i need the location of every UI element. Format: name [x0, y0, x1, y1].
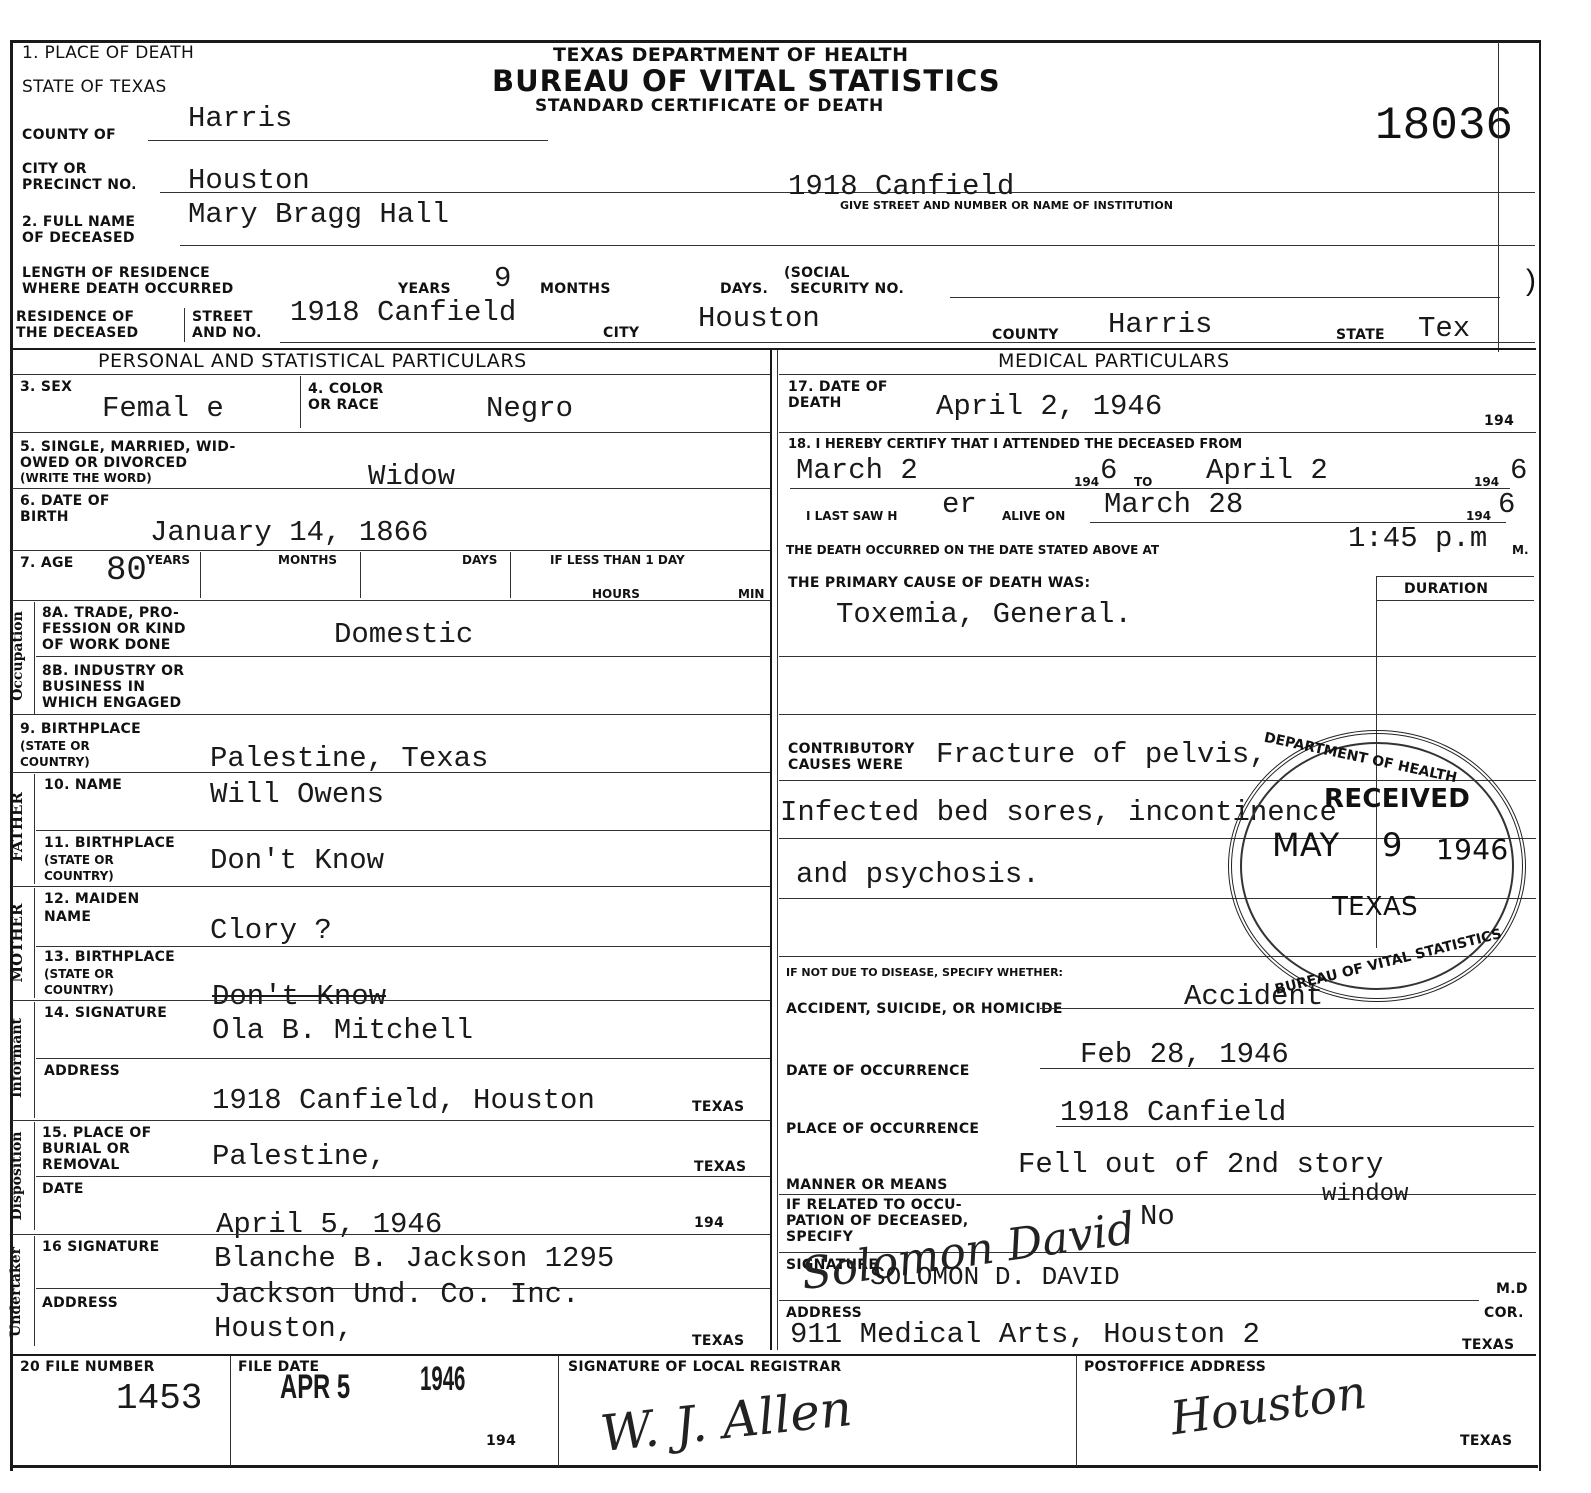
occ-related-label-2: PATION OF DECEASED, [786, 1214, 968, 1229]
industry-label-1: 8B. INDUSTRY OR [42, 664, 184, 679]
death-street-value: 1918 Canfield [788, 172, 1014, 202]
residence-city-label: CITY [603, 326, 639, 341]
trade-value: Domestic [334, 620, 473, 650]
right-rule-3 [779, 714, 1536, 715]
dob-value: January 14, 1866 [150, 518, 428, 548]
left-rule-11 [36, 946, 770, 947]
age-days-label: DAYS [462, 554, 497, 567]
left-rule-9 [36, 830, 770, 831]
informant-side-label: Informant [9, 1011, 25, 1105]
primary-cause-value: Toxemia, General. [836, 600, 1132, 630]
birthplace-label-2: (STATE OR [20, 740, 90, 753]
full-name-label-1: 2. FULL NAME [22, 215, 135, 230]
birthplace-label-1: 9. BIRTHPLACE [20, 722, 141, 737]
bureau-title: BUREAU OF VITAL STATISTICS [492, 64, 1001, 98]
mother-side-label: MOTHER [8, 898, 26, 988]
street-label-2: AND NO. [192, 326, 262, 341]
dod-year-suffix: 194 [1484, 414, 1514, 429]
mother-name-label-1: 12. MAIDEN [44, 892, 140, 907]
father-bp-label-3: COUNTRY) [44, 870, 114, 883]
residence-state-label: STATE [1336, 328, 1385, 343]
ssn-underline [950, 297, 1500, 298]
left-rule-15 [36, 1176, 770, 1177]
dod-label-1: 17. DATE OF [788, 380, 888, 395]
postoffice-label: POSTOFFICE ADDRESS [1084, 1360, 1266, 1375]
occurrence-date-label: DATE OF OCCURRENCE [786, 1064, 970, 1079]
side-label-divider-father [34, 774, 35, 884]
left-rule-8 [12, 772, 770, 773]
residence-county-value: Harris [1108, 310, 1212, 340]
duration-under [1376, 600, 1534, 601]
file-number-label: 20 FILE NUMBER [20, 1360, 155, 1375]
less-than-day-label: IF LESS THAN 1 DAY [550, 554, 685, 567]
dod-label-2: DEATH [788, 396, 842, 411]
undertaker-name-value: Blanche B. Jackson 1295 [214, 1244, 614, 1274]
undertaker-texas-label: TEXAS [692, 1334, 744, 1349]
occurrence-date-value: Feb 28, 1946 [1080, 1040, 1289, 1070]
father-bp-label-1: 11. BIRTHPLACE [44, 836, 175, 851]
file-date-194: 194 [486, 1434, 516, 1449]
place-of-death-label: 1. PLACE OF DEATH [22, 46, 194, 61]
contributory-1-value: Fracture of pelvis, [936, 740, 1267, 770]
dob-label-1: 6. DATE OF [20, 494, 110, 509]
burial-year-suffix: 194 [694, 1216, 724, 1231]
burial-texas-label: TEXAS [694, 1160, 746, 1175]
undertaker-sig-label: 16 SIGNATURE [42, 1240, 159, 1255]
county-label: COUNTY OF [22, 128, 116, 143]
occ-related-value: No [1140, 1202, 1175, 1232]
mother-bp-label-1: 13. BIRTHPLACE [44, 950, 175, 965]
age-years-label: YEARS [146, 554, 190, 567]
bottom-border [10, 1465, 1538, 1468]
contributory-label-1: CONTRIBUTORY [788, 742, 915, 757]
attended-from-value: March 2 [796, 456, 918, 486]
physician-texas-label: TEXAS [1462, 1338, 1514, 1353]
means-2-value: window [1322, 1180, 1408, 1210]
from-year-value: 6 [1100, 456, 1117, 486]
father-bp-label-2: (STATE OR [44, 854, 114, 867]
full-name-value: Mary Bragg Hall [188, 200, 449, 230]
burial-date-label: DATE [42, 1182, 84, 1197]
dob-label-2: BIRTH [20, 510, 69, 525]
contributory-3-value: and psychosis. [796, 860, 1040, 890]
filing-div-3 [1076, 1356, 1077, 1466]
residence-county-label: COUNTY [992, 328, 1059, 343]
industry-label-2: BUSINESS IN [42, 680, 145, 695]
informant-address-value: 1918 Canfield, Houston [212, 1086, 595, 1116]
ssn-label-1: (SOCIAL [784, 266, 850, 281]
burial-label-3: REMOVAL [42, 1158, 120, 1173]
residence-state-value: Tex [1418, 314, 1470, 344]
mother-bp-label-3: COUNTRY) [44, 984, 114, 997]
age-months-label: MONTHS [278, 554, 337, 567]
undertaker-side-label: Undertaker [8, 1242, 24, 1342]
race-label-2: OR RACE [308, 398, 379, 413]
trade-label-1: 8A. TRADE, PRO- [42, 606, 179, 621]
time-label: THE DEATH OCCURRED ON THE DATE STATED AB… [786, 544, 1159, 557]
undertaker-addr-label: ADDRESS [42, 1296, 118, 1311]
ssn-close-paren: ) [1526, 264, 1536, 298]
time-of-death-value: 1:45 p.m [1348, 524, 1487, 554]
stamp-inner-ring [1240, 742, 1514, 990]
right-rule-1 [779, 432, 1536, 433]
certify-label: 18. I HEREBY CERTIFY THAT I ATTENDED THE… [788, 438, 1242, 451]
right-rule-2 [779, 656, 1536, 657]
last-saw-year-value: 6 [1498, 490, 1515, 520]
months-label: MONTHS [540, 282, 611, 297]
attended-to-value: April 2 [1206, 456, 1328, 486]
left-rule-12 [12, 1000, 770, 1001]
residence-label-2: THE DECEASED [16, 326, 138, 341]
column-divider [770, 350, 772, 1350]
occurrence-place-value: 1918 Canfield [1060, 1098, 1286, 1128]
left-rule-16 [12, 1234, 770, 1235]
contributory-label-2: CAUSES WERE [788, 758, 903, 773]
stamp-year: 1946 [1436, 842, 1508, 857]
age-div-3 [510, 552, 511, 598]
mother-bp-label-2: (STATE OR [44, 968, 114, 981]
months-value: 9 [494, 264, 511, 294]
right-rule-9 [1040, 1068, 1534, 1069]
birthplace-label-3: COUNTRY) [20, 756, 90, 769]
left-rule-14 [12, 1120, 770, 1121]
state-label: STATE OF TEXAS [22, 80, 167, 95]
md-label: M.D [1496, 1282, 1528, 1297]
right-rule-10 [1056, 1126, 1534, 1127]
burial-label-2: BURIAL OR [42, 1142, 130, 1157]
age-years-value: 80 [106, 556, 147, 586]
race-label-1: 4. COLOR [308, 382, 384, 397]
full-name-label-2: OF DECEASED [22, 231, 135, 246]
occ-related-label-1: IF RELATED TO OCCU- [786, 1198, 962, 1213]
not-disease-label: IF NOT DUE TO DISEASE, SPECIFY WHETHER: [786, 966, 1063, 979]
received-stamp: RECEIVED MAY 9 1946 TEXAS BUREAU OF VITA… [1228, 730, 1526, 1002]
left-rule-5 [12, 600, 770, 601]
left-rule-3 [12, 488, 770, 489]
last-saw-label-2: ALIVE ON [1002, 510, 1065, 523]
department-title: TEXAS DEPARTMENT OF HEALTH [553, 44, 908, 66]
cor-label: COR. [1484, 1306, 1524, 1321]
file-date-value: APR 5 [280, 1372, 350, 1402]
left-rule-13 [36, 1058, 770, 1059]
mother-name-label-2: NAME [44, 910, 91, 925]
personal-section-title: PERSONAL AND STATISTICAL PARTICULARS [98, 350, 527, 372]
means-1-value: Fell out of 2nd story [1018, 1150, 1383, 1180]
informant-texas-label: TEXAS [692, 1100, 744, 1115]
mother-birthplace-value: Don't Know [212, 982, 386, 1012]
left-rule-6 [36, 656, 770, 657]
marital-label-2: OWED OR DIVORCED [20, 456, 187, 471]
trade-label-2: FESSION OR KIND [42, 622, 186, 637]
name-underline [180, 245, 1535, 246]
postoffice-texas-label: TEXAS [1460, 1434, 1512, 1449]
right-rule-0 [779, 374, 1536, 375]
father-side-label: FATHER [8, 782, 26, 872]
file-year-value: 1946 [420, 1364, 465, 1394]
stamp-month: MAY [1272, 838, 1339, 853]
right-rule-8 [1040, 1008, 1534, 1009]
city-label-2: PRECINCT NO. [22, 178, 137, 193]
left-rule-1 [12, 374, 770, 375]
last-saw-label-1: I LAST SAW H [806, 510, 897, 523]
left-rule-4 [12, 550, 770, 551]
right-rule-11 [779, 1194, 1536, 1195]
residence-length-label-2: WHERE DEATH OCCURRED [22, 282, 234, 297]
side-label-divider-occ [34, 602, 35, 714]
last-saw-pronoun: er [942, 490, 977, 520]
side-label-divider-mother [34, 888, 35, 998]
age-div-2 [360, 552, 361, 598]
side-label-divider-und [34, 1236, 35, 1346]
trade-label-3: OF WORK DONE [42, 638, 171, 653]
informant-sig-label: 14. SIGNATURE [44, 1006, 167, 1021]
manner-type-label: ACCIDENT, SUICIDE, OR HOMICIDE [786, 1002, 1063, 1017]
industry-label-3: WHICH ENGAGED [42, 696, 181, 711]
burial-place-value: Palestine, [212, 1142, 386, 1172]
registrar-label: SIGNATURE OF LOCAL REGISTRAR [568, 1360, 841, 1375]
certificate-number: 18036 [1375, 100, 1513, 152]
father-birthplace-value: Don't Know [210, 846, 384, 876]
means-label: MANNER OR MEANS [786, 1178, 948, 1193]
age-label: 7. AGE [20, 556, 74, 571]
street-label-1: STREET [192, 310, 253, 325]
physician-name-value: SOLOMON D. DAVID [870, 1262, 1120, 1292]
stamp-received: RECEIVED [1324, 792, 1470, 807]
right-margin-rule [1498, 42, 1499, 352]
side-label-divider-disp [34, 1122, 35, 1230]
dod-value: April 2, 1946 [936, 392, 1162, 422]
burial-label-1: 15. PLACE OF [42, 1126, 151, 1141]
county-value: Harris [188, 104, 292, 134]
residence-city-value: Houston [698, 304, 820, 334]
medical-section-title: MEDICAL PARTICULARS [998, 350, 1230, 372]
duration-label: DURATION [1404, 582, 1488, 597]
mother-name-value: Clory ? [210, 916, 332, 946]
stamp-day: 9 [1382, 838, 1403, 853]
left-rule-2 [12, 432, 770, 433]
informant-addr-label: ADDRESS [44, 1064, 120, 1079]
undertaker-city-value: Houston, [214, 1314, 353, 1344]
form-title: STANDARD CERTIFICATE OF DEATH [535, 96, 884, 116]
residence-street-value: 1918 Canfield [290, 298, 516, 328]
father-name-label: 10. NAME [44, 778, 122, 793]
burial-date-value: April 5, 1946 [216, 1210, 442, 1240]
marital-label-1: 5. SINGLE, MARRIED, WID- [20, 440, 236, 455]
occupation-side-label: Occupation [10, 606, 26, 706]
primary-cause-label: THE PRIMARY CAUSE OF DEATH WAS: [788, 576, 1090, 591]
duration-top [1376, 576, 1534, 577]
right-rule-13 [779, 1300, 1479, 1301]
column-divider-2 [777, 350, 778, 1350]
left-rule-7 [12, 714, 770, 715]
birthplace-value: Palestine, Texas [210, 744, 488, 774]
time-suffix: M. [1512, 544, 1529, 557]
left-rule-10 [12, 886, 770, 887]
residence-length-label-1: LENGTH OF RESIDENCE [22, 266, 210, 281]
informant-name-value: Ola B. Mitchell [212, 1016, 473, 1046]
undertaker-company-value: Jackson Und. Co. Inc. [214, 1280, 579, 1310]
filing-top-rule [12, 1354, 1536, 1356]
physician-address-value: 911 Medical Arts, Houston 2 [790, 1320, 1260, 1350]
days-label: DAYS. [720, 282, 768, 297]
residence-divider [184, 308, 185, 342]
age-div-1 [200, 552, 201, 598]
residence-underline [280, 342, 1535, 343]
ssn-label-2: SECURITY NO. [790, 282, 904, 297]
years-label: YEARS [398, 282, 451, 297]
marital-label-3: (WRITE THE WORD) [20, 472, 152, 485]
filing-div-2 [558, 1356, 559, 1466]
file-number-value: 1453 [116, 1384, 202, 1414]
filing-div-1 [230, 1356, 231, 1466]
side-label-divider-informant [34, 1002, 35, 1118]
occurrence-place-label: PLACE OF OCCURRENCE [786, 1122, 979, 1137]
last-saw-date-value: March 28 [1104, 490, 1243, 520]
father-name-value: Will Owens [210, 780, 384, 810]
street-hint-label: GIVE STREET AND NUMBER OR NAME OF INSTIT… [840, 199, 1173, 212]
stamp-state: TEXAS [1332, 900, 1418, 915]
sex-label: 3. SEX [20, 380, 72, 395]
residence-label-1: RESIDENCE OF [16, 310, 134, 325]
to-year-value: 6 [1510, 456, 1527, 486]
sex-race-divider [300, 376, 301, 428]
county-underline [148, 140, 548, 141]
race-value: Negro [486, 394, 573, 424]
city-label-1: CITY OR [22, 162, 87, 177]
sex-value: Femal e [102, 394, 224, 424]
disposition-side-label: Disposition [9, 1123, 25, 1229]
